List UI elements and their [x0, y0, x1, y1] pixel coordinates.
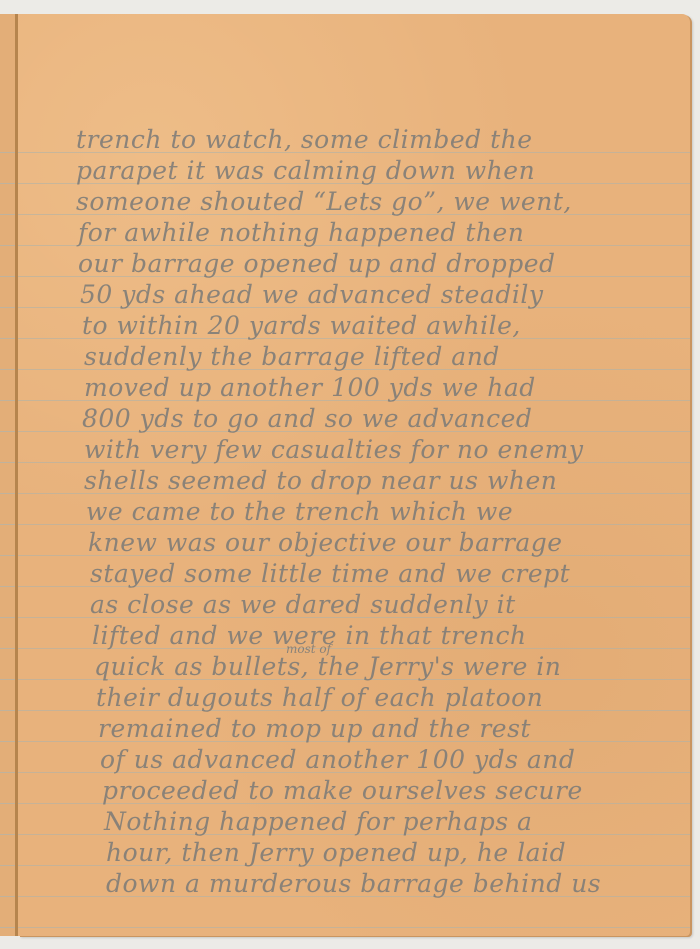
- handwritten-line: 50 yds ahead we advanced steadily: [80, 281, 543, 309]
- handwritten-line: their dugouts half of each platoon: [96, 684, 543, 712]
- ruled-line: [0, 462, 16, 463]
- handwritten-line: of us advanced another 100 yds and: [100, 746, 575, 774]
- handwritten-line: our barrage opened up and dropped: [78, 250, 556, 278]
- ruled-line: [0, 617, 16, 618]
- ruled-line: [18, 927, 690, 928]
- handwritten-line: shells seemed to drop near us when: [84, 467, 557, 495]
- ruled-line: [0, 524, 16, 525]
- ruled-line: [0, 400, 16, 401]
- handwritten-line: parapet it was calming down when: [76, 157, 535, 185]
- ruled-line: [0, 338, 16, 339]
- ruled-line: [0, 927, 16, 928]
- handwritten-line: to within 20 yards waited awhile,: [82, 312, 521, 340]
- ruled-line: [0, 834, 16, 835]
- ruled-line: [0, 183, 16, 184]
- handwritten-line: suddenly the barrage lifted and: [84, 343, 500, 371]
- handwritten-line: quick as bullets, the Jerry's were in: [94, 653, 561, 681]
- handwritten-line: remained to mop up and the rest: [98, 715, 531, 743]
- scanned-notebook-page: trench to watch, some climbed the parape…: [0, 0, 700, 949]
- ruled-line: [0, 648, 16, 649]
- notebook-page: trench to watch, some climbed the parape…: [18, 14, 690, 936]
- ruled-line: [0, 865, 16, 866]
- ruled-line: [0, 896, 16, 897]
- ruled-line: [0, 772, 16, 773]
- ruled-line: [0, 803, 16, 804]
- ruled-line: [0, 307, 16, 308]
- handwritten-line: trench to watch, some climbed the: [76, 126, 533, 154]
- ruled-line: [0, 245, 16, 246]
- handwritten-line: hour, then Jerry opened up, he laid: [106, 839, 566, 867]
- handwritten-line: as close as we dared suddenly it: [90, 591, 516, 619]
- handwritten-line: knew was our objective our barrage: [88, 529, 563, 557]
- handwritten-line: 800 yds to go and so we advanced: [82, 405, 532, 433]
- ruled-line: [0, 586, 16, 587]
- ruled-line: [0, 710, 16, 711]
- handwritten-line: with very few casualties for no enemy: [84, 436, 584, 464]
- ruled-line: [0, 679, 16, 680]
- ruled-line: [0, 276, 16, 277]
- handwritten-line: stayed some little time and we crept: [90, 560, 570, 588]
- handwritten-insertion: most of: [286, 642, 331, 656]
- ruled-line: [0, 741, 16, 742]
- handwritten-line: Nothing happened for perhaps a: [104, 808, 532, 836]
- ruled-line: [0, 431, 16, 432]
- ruled-line: [0, 152, 16, 153]
- handwritten-line: moved up another 100 yds we had: [84, 374, 536, 402]
- ruled-line: [0, 214, 16, 215]
- handwritten-line: someone shouted “Lets go”, we went,: [76, 188, 572, 216]
- handwritten-line: proceeded to make ourselves secure: [102, 777, 583, 805]
- ruled-line: [0, 369, 16, 370]
- handwritten-line: we came to the trench which we: [86, 498, 513, 526]
- ruled-line: [0, 555, 16, 556]
- handwritten-line: down a murderous barrage behind us: [106, 870, 601, 898]
- ruled-line: [0, 493, 16, 494]
- handwritten-line: for awhile nothing happened then: [78, 219, 524, 247]
